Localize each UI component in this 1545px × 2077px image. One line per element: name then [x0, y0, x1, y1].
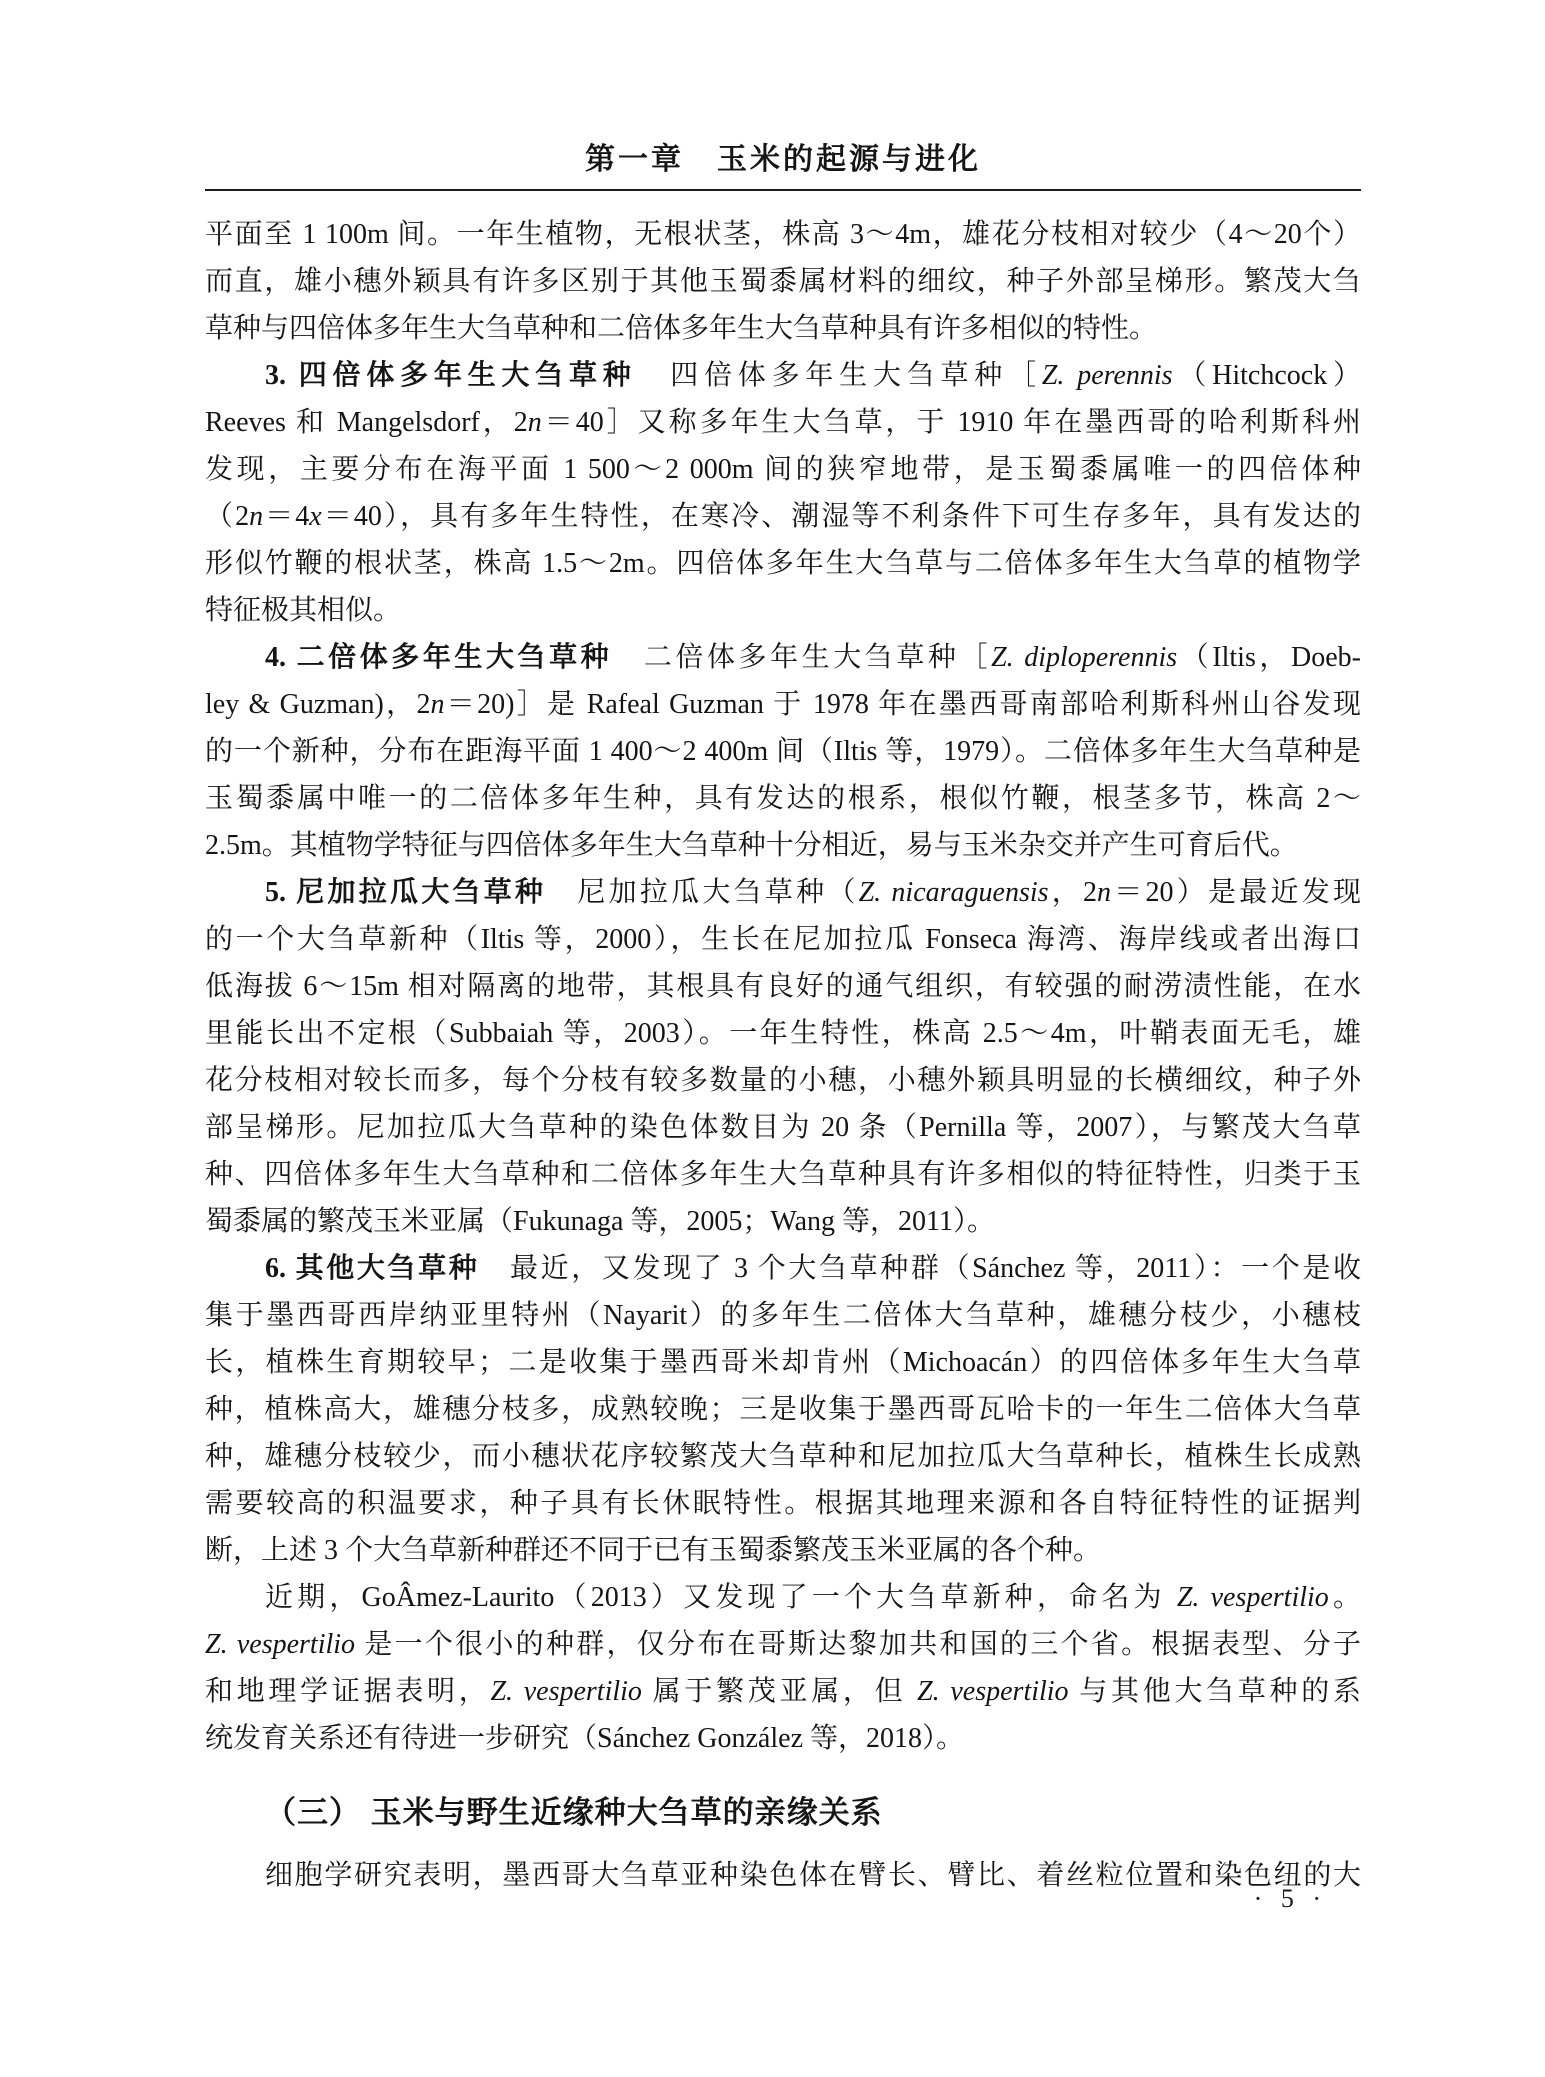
- text-segment: 集于墨西哥西岸纳亚里特州（Nayarit）的多年生二倍体大刍草种，雄穗分枝少，小…: [205, 1300, 1361, 1331]
- text-segment: 二倍体多年生大刍草种［: [612, 642, 991, 673]
- text-segment: 发现，主要分布在海平面 1 500～2 000m 间的狭窄地带，是玉蜀黍属唯一的…: [205, 454, 1361, 485]
- text-line: 2.5m。其植物学特征与四倍体多年生大刍草种十分相近，易与玉米杂交并产生可育后代…: [205, 822, 1361, 869]
- text-line: 种、四倍体多年生大刍草种和二倍体多年生大刍草种具有许多相似的特征特性，归类于玉: [205, 1151, 1361, 1198]
- text-line: 蜀黍属的繁茂玉米亚属（Fukunaga 等，2005；Wang 等，2011）。: [205, 1198, 1361, 1245]
- text-line: 花分枝相对较长而多，每个分枝有较多数量的小穗，小穗外颖具明显的长横细纹，种子外: [205, 1057, 1361, 1104]
- text-segment: 的一个大刍草新种（Iltis 等，2000），生长在尼加拉瓜 Fonseca 海…: [205, 924, 1361, 955]
- text-line: 长，植株生育期较早；二是收集于墨西哥米却肯州（Michoacán）的四倍体多年生…: [205, 1339, 1361, 1386]
- text-segment: ＝40），具有多年生特性，在寒冷、潮湿等不利条件下可生存多年，具有发达的: [322, 501, 1361, 532]
- text-segment: 尼加拉瓜大刍草种（: [546, 877, 858, 908]
- species-name: Z. nicaraguensis: [859, 877, 1049, 908]
- text-segment: （Iltis，Doeb-: [1177, 642, 1361, 673]
- text-line: 3. 四倍体多年生大刍草种 四倍体多年生大刍草种［Z. perennis（Hit…: [205, 352, 1361, 399]
- text-segment: 断，上述 3 个大刍草新种群还不同于已有玉蜀黍繁茂玉米亚属的各个种。: [205, 1535, 1101, 1566]
- text-line: （2n＝4x＝40），具有多年生特性，在寒冷、潮湿等不利条件下可生存多年，具有发…: [205, 493, 1361, 540]
- text-segment: 特征极其相似。: [205, 595, 401, 626]
- text-segment: 和地理学证据表明，: [205, 1676, 490, 1707]
- text-line: ley & Guzman)，2n＝20)］是 Rafeal Guzman 于 1…: [205, 681, 1361, 728]
- species-name: Z. vespertilio: [490, 1676, 641, 1707]
- text-line: 集于墨西哥西岸纳亚里特州（Nayarit）的多年生二倍体大刍草种，雄穗分枝少，小…: [205, 1292, 1361, 1339]
- text-line: 低海拔 6～15m 相对隔离的地带，其根具有良好的通气组织，有较强的耐涝渍性能，…: [205, 963, 1361, 1010]
- text-line: 统发育关系还有待进一步研究（Sánchez González 等，2018）。: [205, 1715, 1361, 1762]
- text-segment: 而直，雄小穗外颖具有许多区别于其他玉蜀黍属材料的细纹，种子外部呈梯形。繁茂大刍: [205, 266, 1361, 297]
- text-line: 而直，雄小穗外颖具有许多区别于其他玉蜀黍属材料的细纹，种子外部呈梯形。繁茂大刍: [205, 258, 1361, 305]
- paragraph: 3. 四倍体多年生大刍草种 四倍体多年生大刍草种［Z. perennis（Hit…: [205, 352, 1361, 634]
- text-segment: 种，植株高大，雄穗分枝多，成熟较晚；三是收集于墨西哥瓦哈卡的一年生二倍体大刍草: [205, 1394, 1361, 1425]
- page-number: · 5 ·: [205, 1884, 1361, 1914]
- section-heading: （三） 玉米与野生近缘种大刍草的亲缘关系: [205, 1789, 1361, 1837]
- text-line: 发现，主要分布在海平面 1 500～2 000m 间的狭窄地带，是玉蜀黍属唯一的…: [205, 446, 1361, 493]
- text-segment: 2.5m。其植物学特征与四倍体多年生大刍草种十分相近，易与玉米杂交并产生可育后代…: [205, 830, 1298, 861]
- page-body: 平面至 1 100m 间。一年生植物，无根状茎，株高 3～4m，雄花分枝相对较少…: [205, 211, 1361, 1899]
- chapter-title: 第一章 玉米的起源与进化: [205, 134, 1361, 178]
- text-line: 玉蜀黍属中唯一的二倍体多年生种，具有发达的根系，根似竹鞭，根茎多节，株高 2～: [205, 775, 1361, 822]
- species-name: Z. vespertilio: [1177, 1582, 1329, 1613]
- text-segment: （Hitchcock）: [1173, 360, 1361, 391]
- text-segment: 属于繁茂亚属，但: [642, 1676, 917, 1707]
- text-line: 的一个新种，分布在距海平面 1 400～2 400m 间（Iltis 等，197…: [205, 728, 1361, 775]
- text-line: 5. 尼加拉瓜大刍草种 尼加拉瓜大刍草种（Z. nicaraguensis，2n…: [205, 869, 1361, 916]
- species-name: Z. vespertilio: [917, 1676, 1068, 1707]
- text-line: 种，植株高大，雄穗分枝多，成熟较晚；三是收集于墨西哥瓦哈卡的一年生二倍体大刍草: [205, 1386, 1361, 1433]
- runin-heading: 6. 其他大刍草种: [265, 1253, 479, 1284]
- text-segment: Reeves 和 Mangelsdorf，2: [205, 407, 528, 438]
- document-page: 第一章 玉米的起源与进化 平面至 1 100m 间。一年生植物，无根状茎，株高 …: [0, 0, 1545, 2077]
- text-segment: 与其他大刍草种的系: [1069, 1676, 1361, 1707]
- text-line: 种，雄穗分枝较少，而小穗状花序较繁茂大刍草种和尼加拉瓜大刍草种长，植株生长成熟: [205, 1433, 1361, 1480]
- text-line: 6. 其他大刍草种 最近，又发现了 3 个大刍草种群（Sánchez 等，201…: [205, 1245, 1361, 1292]
- text-segment: 长，植株生育期较早；二是收集于墨西哥米却肯州（Michoacán）的四倍体多年生…: [205, 1347, 1361, 1378]
- text-line: 特征极其相似。: [205, 587, 1361, 634]
- species-name: n: [528, 407, 542, 438]
- text-segment: ＝20)］是 Rafeal Guzman 于 1978 年在墨西哥南部哈利斯科州…: [444, 689, 1361, 720]
- text-line: 需要较高的积温要求，种子具有长休眠特性。根据其地理来源和各自特征特性的证据判: [205, 1480, 1361, 1527]
- text-segment: 蜀黍属的繁茂玉米亚属（Fukunaga 等，2005；Wang 等，2011）。: [205, 1206, 995, 1237]
- paragraph: 近期，GoÂmez-Laurito（2013）又发现了一个大刍草新种，命名为 Z…: [205, 1574, 1361, 1762]
- text-segment: ley & Guzman)，2: [205, 689, 430, 720]
- text-segment: 最近，又发现了 3 个大刍草种群（Sánchez 等，2011）：一个是收: [479, 1253, 1361, 1284]
- paragraph: 6. 其他大刍草种 最近，又发现了 3 个大刍草种群（Sánchez 等，201…: [205, 1245, 1361, 1574]
- paragraph: 5. 尼加拉瓜大刍草种 尼加拉瓜大刍草种（Z. nicaraguensis，2n…: [205, 869, 1361, 1245]
- text-segment: 低海拔 6～15m 相对隔离的地带，其根具有良好的通气组织，有较强的耐涝渍性能，…: [205, 971, 1361, 1002]
- text-line: 平面至 1 100m 间。一年生植物，无根状茎，株高 3～4m，雄花分枝相对较少…: [205, 211, 1361, 258]
- text-segment: （2: [205, 501, 249, 532]
- text-segment: 统发育关系还有待进一步研究（Sánchez González 等，2018）。: [205, 1723, 964, 1754]
- text-line: 和地理学证据表明，Z. vespertilio 属于繁茂亚属，但 Z. vesp…: [205, 1668, 1361, 1715]
- text-segment: 种、四倍体多年生大刍草种和二倍体多年生大刍草种具有许多相似的特征特性，归类于玉: [205, 1159, 1361, 1190]
- runin-heading: 3. 四倍体多年生大刍草种: [265, 360, 637, 391]
- species-name: n: [249, 501, 263, 532]
- text-segment: 花分枝相对较长而多，每个分枝有较多数量的小穗，小穗外颖具明显的长横细纹，种子外: [205, 1065, 1361, 1096]
- text-line: 部呈梯形。尼加拉瓜大刍草种的染色体数目为 20 条（Pernilla 等，200…: [205, 1104, 1361, 1151]
- text-line: 形似竹鞭的根状茎，株高 1.5～2m。四倍体多年生大刍草与二倍体多年生大刍草的植…: [205, 540, 1361, 587]
- species-name: Z. diploperennis: [991, 642, 1177, 673]
- species-name: Z. vespertilio: [205, 1629, 355, 1660]
- species-name: x: [309, 501, 321, 532]
- header-rule: [205, 189, 1361, 191]
- text-segment: 草种与四倍体多年生大刍草种和二倍体多年生大刍草种具有许多相似的特性。: [205, 313, 1157, 344]
- text-segment: 近期，GoÂmez-Laurito（2013）又发现了一个大刍草新种，命名为: [265, 1582, 1177, 1613]
- text-segment: 里能长出不定根（Subbaiah 等，2003）。一年生特性，株高 2.5～4m…: [205, 1018, 1361, 1049]
- text-segment: 形似竹鞭的根状茎，株高 1.5～2m。四倍体多年生大刍草与二倍体多年生大刍草的植…: [205, 548, 1361, 579]
- text-segment: ，2: [1049, 877, 1097, 908]
- text-line: 4. 二倍体多年生大刍草种 二倍体多年生大刍草种［Z. diploperenni…: [205, 634, 1361, 681]
- text-line: 的一个大刍草新种（Iltis 等，2000），生长在尼加拉瓜 Fonseca 海…: [205, 916, 1361, 963]
- text-segment: ＝20）是最近发现: [1111, 877, 1361, 908]
- text-segment: 是一个很小的种群，仅分布在哥斯达黎加共和国的三个省。根据表型、分子: [355, 1629, 1361, 1660]
- text-line: 近期，GoÂmez-Laurito（2013）又发现了一个大刍草新种，命名为 Z…: [205, 1574, 1361, 1621]
- text-segment: 的一个新种，分布在距海平面 1 400～2 400m 间（Iltis 等，197…: [205, 736, 1361, 767]
- text-segment: ＝40］又称多年生大刍草，于 1910 年在墨西哥的哈利斯科州: [542, 407, 1361, 438]
- text-segment: 四倍体多年生大刍草种［: [637, 360, 1042, 391]
- text-segment: 种，雄穗分枝较少，而小穗状花序较繁茂大刍草种和尼加拉瓜大刍草种长，植株生长成熟: [205, 1441, 1361, 1472]
- species-name: n: [430, 689, 444, 720]
- text-line: 草种与四倍体多年生大刍草种和二倍体多年生大刍草种具有许多相似的特性。: [205, 305, 1361, 352]
- runin-heading: 5. 尼加拉瓜大刍草种: [265, 877, 546, 908]
- text-segment: 需要较高的积温要求，种子具有长休眠特性。根据其地理来源和各自特征特性的证据判: [205, 1488, 1361, 1519]
- paragraph: 4. 二倍体多年生大刍草种 二倍体多年生大刍草种［Z. diploperenni…: [205, 634, 1361, 869]
- text-line: Reeves 和 Mangelsdorf，2n＝40］又称多年生大刍草，于 19…: [205, 399, 1361, 446]
- text-segment: 部呈梯形。尼加拉瓜大刍草种的染色体数目为 20 条（Pernilla 等，200…: [205, 1112, 1361, 1143]
- text-line: 断，上述 3 个大刍草新种群还不同于已有玉蜀黍繁茂玉米亚属的各个种。: [205, 1527, 1361, 1574]
- text-line: 里能长出不定根（Subbaiah 等，2003）。一年生特性，株高 2.5～4m…: [205, 1010, 1361, 1057]
- text-segment: 。: [1329, 1582, 1361, 1613]
- species-name: n: [1097, 877, 1111, 908]
- text-line: Z. vespertilio 是一个很小的种群，仅分布在哥斯达黎加共和国的三个省…: [205, 1621, 1361, 1668]
- species-name: Z. perennis: [1042, 360, 1173, 391]
- text-segment: 平面至 1 100m 间。一年生植物，无根状茎，株高 3～4m，雄花分枝相对较少…: [205, 219, 1361, 250]
- runin-heading: 4. 二倍体多年生大刍草种: [265, 642, 612, 673]
- text-segment: ＝4: [263, 501, 309, 532]
- text-segment: 玉蜀黍属中唯一的二倍体多年生种，具有发达的根系，根似竹鞭，根茎多节，株高 2～: [205, 783, 1361, 814]
- paragraph: 平面至 1 100m 间。一年生植物，无根状茎，株高 3～4m，雄花分枝相对较少…: [205, 211, 1361, 352]
